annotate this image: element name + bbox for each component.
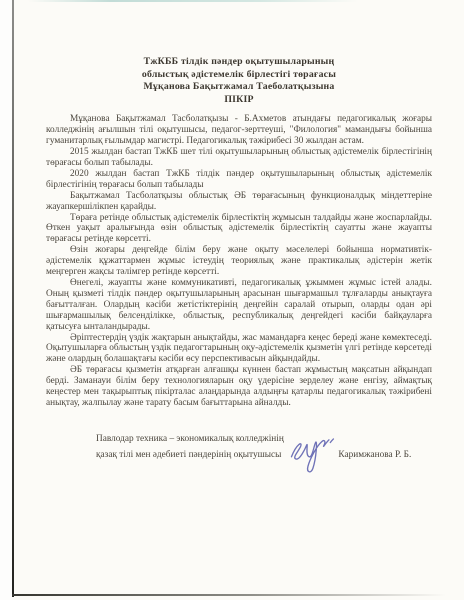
paragraph: Әріптестердің үздік жақтарын анықтайды, … [46,333,432,366]
paragraph: Бақытжамал Тасболатқызы облыстық ӘБ төра… [46,191,432,213]
paragraph: Төраға ретінде облыстық әдістемелік бірл… [46,213,432,246]
paragraph: 2020 жылдан бастап ТжКБ тілдік пәндер оқ… [46,169,432,191]
heading-line-2: облыстық әдістемелік бірлестігі төрағасы [46,69,432,82]
paragraph: Өнегелі, жауапты және коммуникативті, пе… [46,278,432,333]
signature-row: қазақ тілі мен әдебиеті пәндерінің оқыту… [96,447,432,465]
signature-block: Павлодар техника – экономикалық колледжі… [96,432,432,465]
scanner-bed-strip [0,0,12,600]
paragraph: Мұқанова Бақытжамал Тасболатқызы - Б.Ахм… [46,114,432,147]
signature-role-line: қазақ тілі мен әдебиеті пәндерінің оқыту… [96,448,281,463]
scan-artifact-top [28,0,358,2]
handwritten-signature-icon [287,434,337,482]
heading-line-1: ТжКББ тілдік пәндер оқытушыларының [46,56,432,69]
signature-org-line: Павлодар техника – экономикалық колледжі… [96,432,432,447]
scan-edge-bottom [12,594,446,596]
document-heading: ТжКББ тілдік пәндер оқытушыларының облыс… [46,56,432,106]
signatory-name: Каримжанова Р. Б. [338,448,411,463]
document-body: Мұқанова Бақытжамал Тасболатқызы - Б.Ахм… [46,114,432,408]
heading-line-3: Мұқанова Бақытжамал Таеболатқызына [46,81,432,94]
page-title: ПІКІР [46,94,432,107]
paragraph: 2015 жылдан бастап ТжКБ шет тілі оқытушы… [46,147,432,169]
scanned-document-page: ТжКББ тілдік пәндер оқытушыларының облыс… [0,0,464,600]
scan-edge-left [12,0,14,597]
paragraph: ӘБ төрағасы қызметін атқарған алғашқы кү… [46,365,432,409]
document-content: ТжКББ тілдік пәндер оқытушыларының облыс… [46,56,432,465]
paragraph: Өзін жоғары деңгейде білім беру және оқы… [46,245,432,278]
